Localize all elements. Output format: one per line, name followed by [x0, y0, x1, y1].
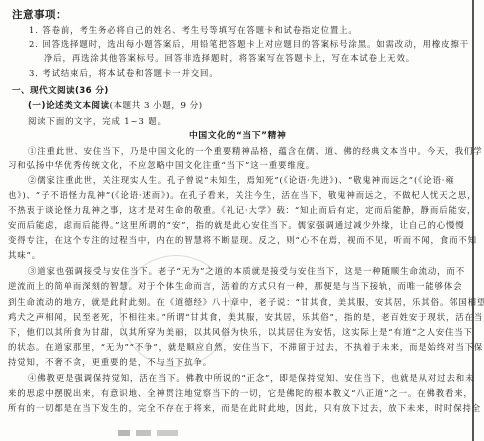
article-line: 来的思虑中摆脱出来，有意识地、全神贯注地觉察当下的一切，它是佛陀的根本教义“八正…: [8, 388, 473, 398]
notice-item-3: 3. 考试结束后，将本试卷和答题卡一并交回。: [29, 68, 219, 78]
article-line: 不热衷于谈论怪力乱神之事，这才是对生命的敬重。《礼记·大学》载：“知止而后有定，…: [8, 205, 476, 215]
article-line: 习和弘扬中华优秀传统文化，不应忽略中国文化注重“当下”这一重要维度。: [8, 160, 315, 170]
notice-heading: 注意事项：: [12, 10, 67, 20]
article-line: 变得专注，在这个专注的过程当中，内在的智慧将不断显现。反之，则“心不在焉，视而不…: [8, 235, 477, 245]
article-line: 持觉知，不奢不贪，更重要的是，不与当下抗争。: [8, 357, 212, 367]
article-line: ①注重此世、安住当下，乃是中国文化的一个重要精神品格，蕴含在儒、道、佛的经典文本…: [28, 146, 482, 156]
article-line: 安而后能虑，虑而后能得。”这里所谓的“安”，指的就是此心安住当下。儒家强调通过减…: [8, 220, 465, 230]
article-line: 到生命流动的地方，就是此时此刻。在《道德经》八十章中，老子说：“甘其食，美其服，…: [8, 297, 484, 307]
reading-instruction: 阅读下面的文字，完成 1~3 题。: [28, 116, 167, 126]
footer-faint-text: [118, 430, 178, 436]
article-line: 鸡犬之声相闻，民至老死，不相往来。”所谓“甘其食，美其服，安其居，乐其俗”，指的…: [8, 312, 483, 322]
subsection-title: (一)论述类文本阅读(本题共 3 小题，9 分): [28, 101, 203, 111]
article-line: ④佛教更是强调保持觉知，活在当下。佛教中所说的“正念”，即是保持觉知、安住当下，…: [28, 373, 474, 383]
article-line: ③道家也强调接受与安住当下。老子“无为”之道的本质就是接受与安住当下，这是一种随…: [28, 266, 465, 276]
article-line: ②儒家注重此世，关注现实人生。孔子曾说“未知生，焉知死”(《论语·先进》)、“敬…: [28, 175, 455, 185]
notice-item-2: 2. 回答选择题时，选出每小题答案后，用铅笔把答题卡上对应题目的答案标号涂黑。如…: [29, 39, 469, 49]
notice-item-2-cont: 净后，再选涂其他答案标号。回答非选择题时，将答案写在答题卡上，写在本试卷上无效。: [44, 53, 415, 63]
exam-page: 注意事项： 1. 答卷前，考生务必将自己的姓名、考生号等填写在答题卡和试卷指定位…: [0, 0, 484, 441]
notice-item-1: 1. 答卷前，考生务必将自己的姓名、考生号等填写在答题卡和试卷指定位置上。: [29, 25, 358, 35]
article-title: 中国文化的“当下”精神: [189, 131, 286, 141]
article-line: 所有的一切都是在当下发生的，完全不存在于将来，而是在此时此地，因此，只有放下过去…: [8, 403, 481, 413]
article-line: 也》)、“子不语怪力乱神”(《论语·述而》)。在孔子看来，关注今生，活在当下，敬…: [8, 190, 476, 200]
article-line: 的状态。在道家那里，“无为”“不争”，就是顺应自然，安住当下，不滞留于过去，不执…: [8, 342, 483, 352]
subsection-label: (一)论述类文本阅读: [28, 101, 110, 111]
subsection-detail: (本题共 3 小题，9 分): [110, 101, 203, 111]
article-line: 下，他们以其所食为甘甜，以其所穿为美丽，以其风俗为快乐，以其居住为安恬，这实际上…: [8, 327, 473, 337]
article-line: 其味”。: [8, 250, 41, 260]
article-line: 逆流而上的简单而深刻的智慧。对于个体生命而言，活着的方式只有一种，那便是与当下接…: [8, 281, 462, 291]
section-title: 一、现代文阅读(36 分): [12, 86, 109, 96]
